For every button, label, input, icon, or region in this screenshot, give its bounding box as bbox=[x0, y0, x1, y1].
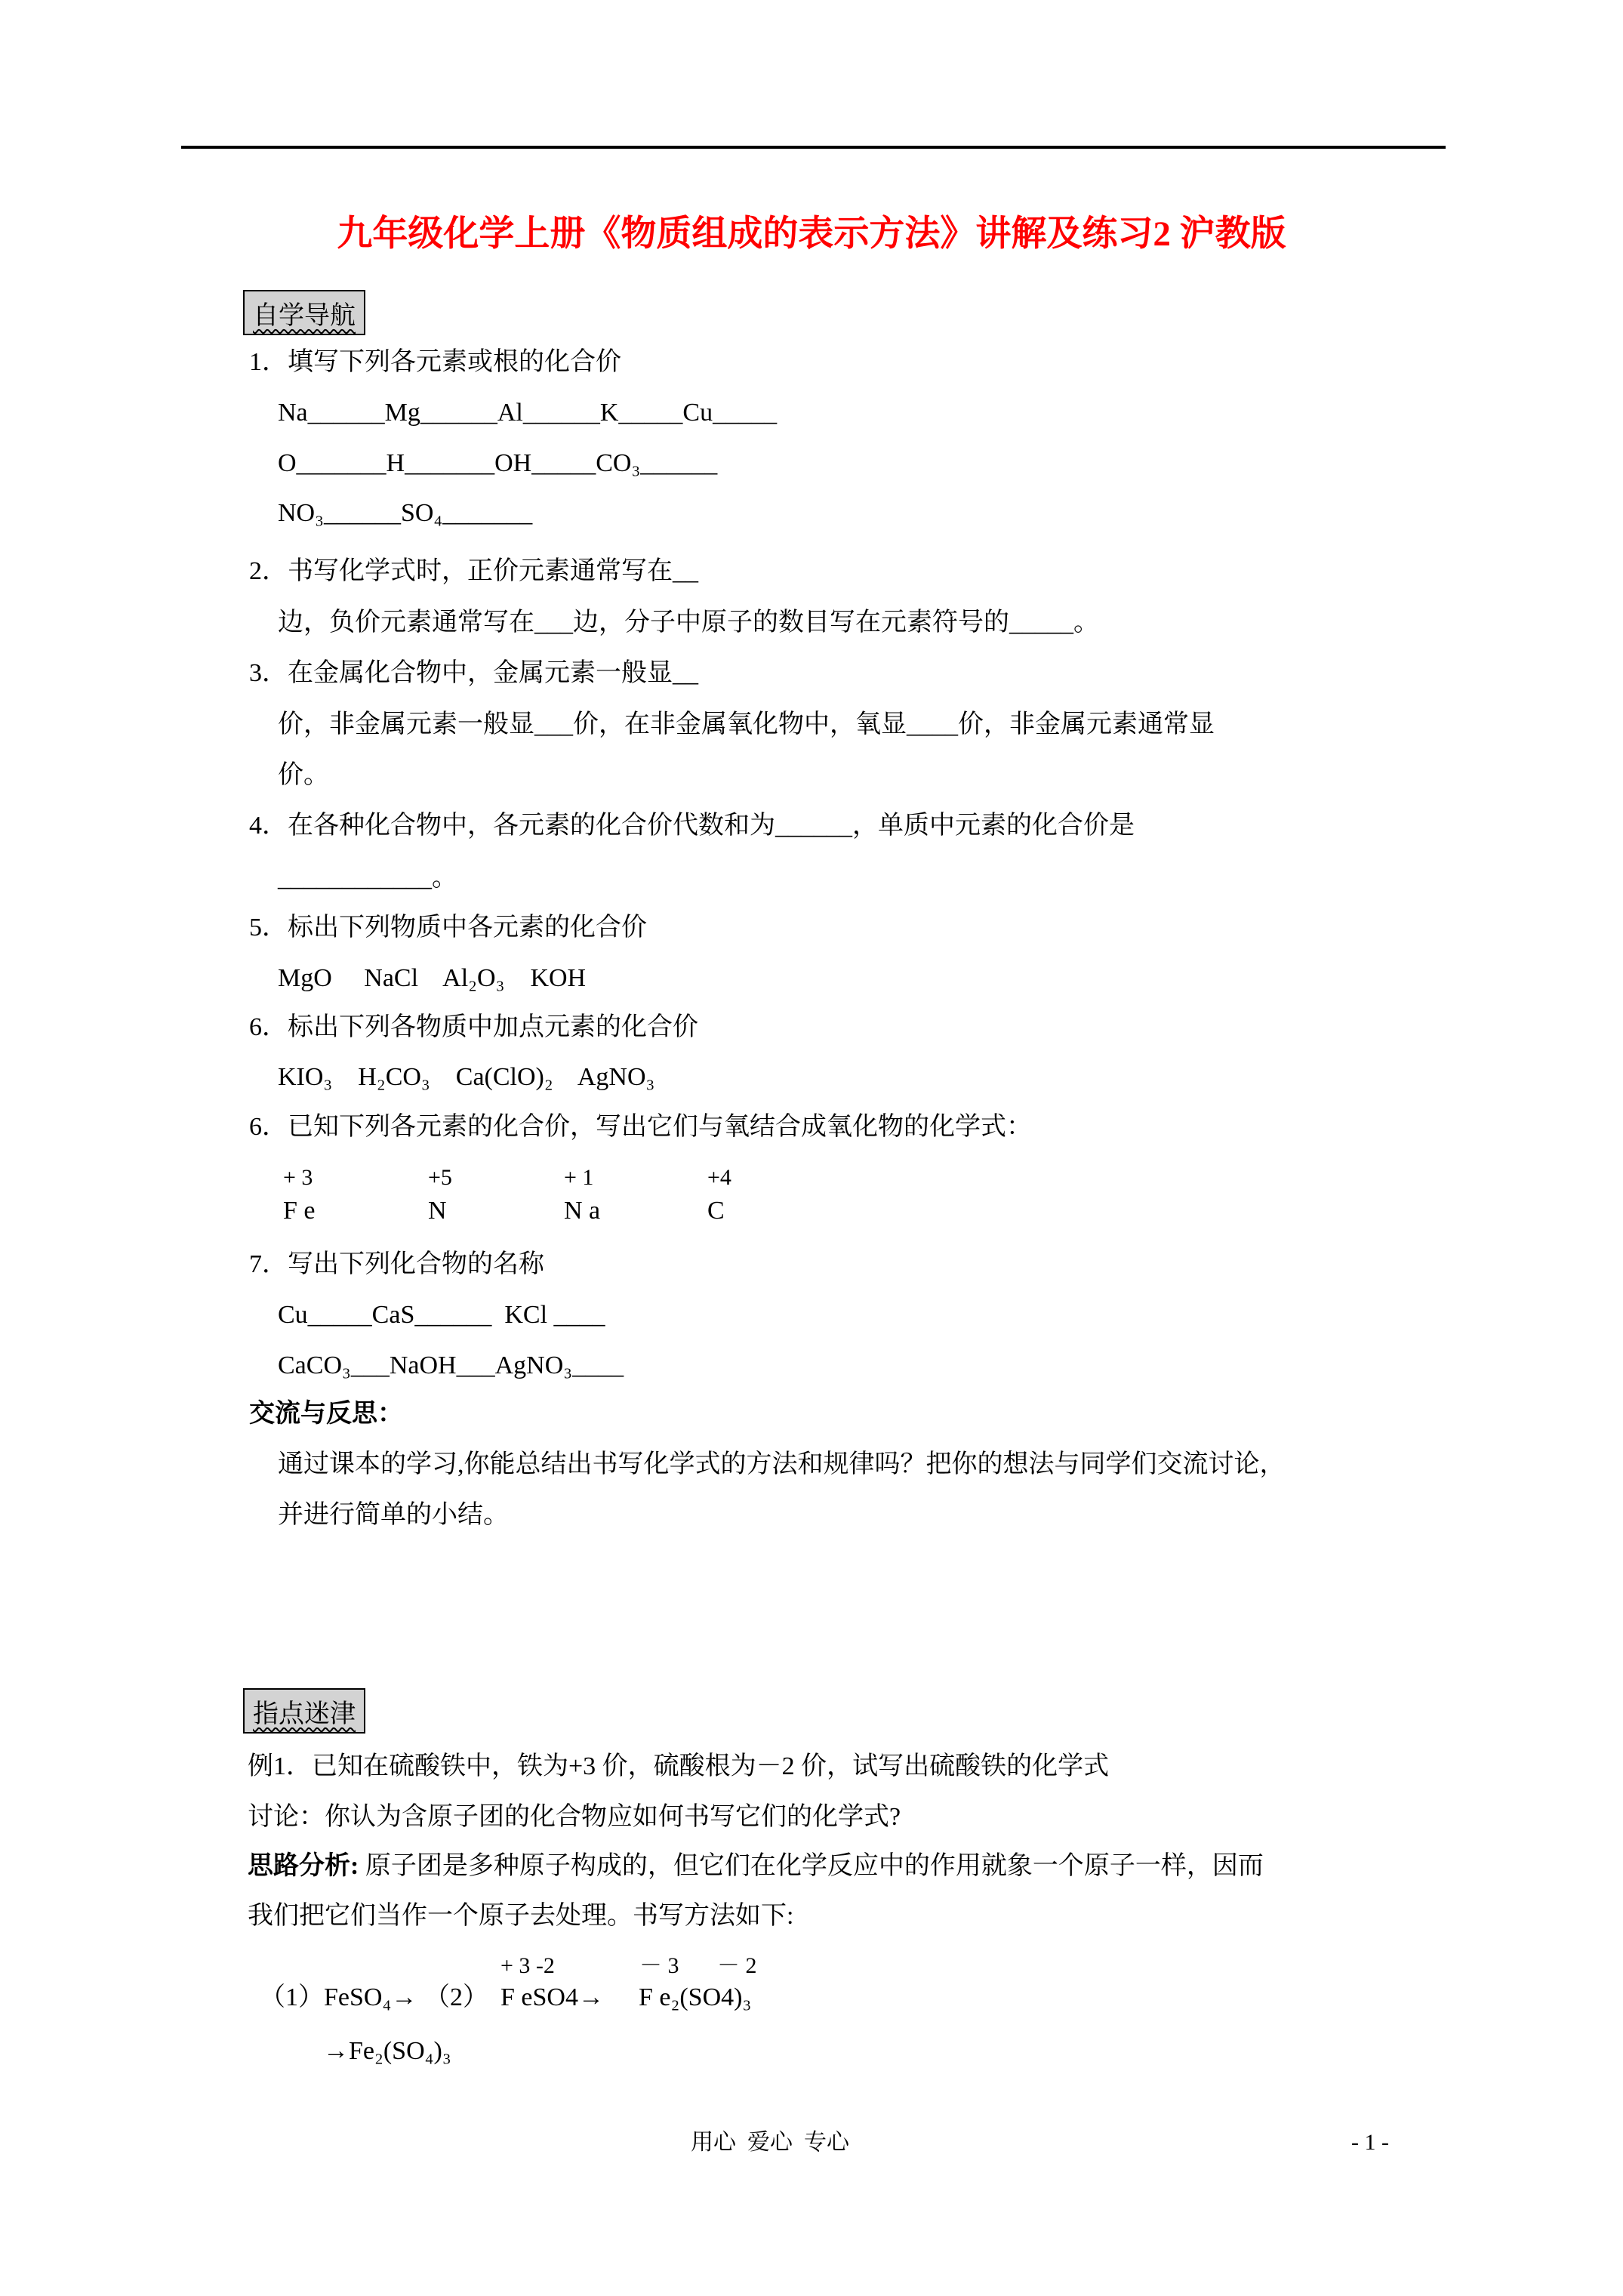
valence-mark-na: + 1 bbox=[564, 1164, 593, 1191]
reflect-line2: 并进行简单的小结。 bbox=[278, 1500, 509, 1531]
tips-analysis-line1: 思路分析: 原子团是多种原子构成的，但它们在化学反应中的作用就象一个原子一样，因… bbox=[248, 1851, 1264, 1882]
guide-item5: 5．标出下列物质中各元素的化合价 bbox=[249, 913, 647, 944]
formula-valence-mark2: － 3 bbox=[639, 1952, 679, 1980]
tips-discuss: 讨论：你认为含原子团的化合物应如何书写它们的化学式? bbox=[248, 1802, 901, 1833]
formula-valence-mark1: + 3 -2 bbox=[500, 1952, 555, 1980]
header-rule bbox=[181, 146, 1446, 149]
guide-item7: 7．写出下列化合物的名称 bbox=[249, 1250, 544, 1281]
guide-item3-line1: 3．在金属化合物中，金属元素一般显__ bbox=[249, 658, 698, 689]
reflect-heading: 交流与反思： bbox=[249, 1399, 403, 1430]
analysis-text: 原子团是多种原子构成的，但它们在化学反应中的作用就象一个原子一样，因而 bbox=[359, 1852, 1264, 1880]
element-c: C bbox=[707, 1196, 725, 1227]
reflect-line1: 通过课本的学习,你能总结出书写化学式的方法和规律吗？把你的想法与同学们交流讨论， bbox=[278, 1450, 1286, 1481]
analysis-label: 思路分析: bbox=[248, 1852, 359, 1880]
document-page: 九年级化学上册《物质组成的表示方法》讲解及练习2 沪教版 自学导航 1．填写下列… bbox=[0, 0, 1623, 2296]
page-number: - 1 - bbox=[1351, 2129, 1389, 2156]
tips-analysis-line2: 我们把它们当作一个原子去处理。书写方法如下: bbox=[248, 1901, 793, 1932]
guide-item1: 1．填写下列各元素或根的化合价 bbox=[249, 347, 621, 378]
tips-example: 例1．已知在硫酸铁中，铁为+3 价，硫酸根为－2 价，试写出硫酸铁的化学式 bbox=[248, 1752, 1109, 1783]
valence-mark-c: +4 bbox=[707, 1164, 731, 1191]
valence-mark-n: +5 bbox=[428, 1164, 452, 1191]
element-n: N bbox=[428, 1196, 447, 1227]
element-na: N a bbox=[564, 1196, 600, 1227]
guide-item2-line2: 边，负价元素通常写在___边，分子中原子的数目写在元素符号的_____。 bbox=[278, 608, 1099, 639]
formula-step2-label: （2） bbox=[424, 1983, 488, 2014]
guide-item6a: 6．标出下列各物质中加点元素的化合价 bbox=[249, 1012, 698, 1043]
section-label-self-study: 自学导航 bbox=[253, 294, 356, 331]
guide-item4-line1: 4．在各种化合物中，各元素的化合价代数和为______，单质中元素的化合价是 bbox=[249, 811, 1135, 842]
guide-item7-row1: Cu_____CaS______ KCl ____ bbox=[278, 1300, 605, 1331]
guide-item1-row3: NO₃______SO₄_______ bbox=[278, 498, 532, 529]
formula-step2-right: F e₂(SO4)₃ bbox=[639, 1983, 751, 2014]
guide-item4-line2: ____________。 bbox=[278, 863, 457, 894]
section-box-tips: 指点迷津 bbox=[243, 1688, 365, 1734]
section-box-self-study: 自学导航 bbox=[243, 290, 365, 335]
guide-item6a-formulas: KIO₃ H₂CO₃ Ca(ClO)₂ AgNO₃ bbox=[278, 1062, 654, 1093]
formula-valence-mark3: － 2 bbox=[717, 1952, 757, 1980]
guide-item1-row2: O_______H_______OH_____CO₃______ bbox=[278, 448, 717, 479]
page-title: 九年级化学上册《物质组成的表示方法》讲解及练习2 沪教版 bbox=[0, 205, 1623, 256]
guide-item1-row1: Na______Mg______Al______K_____Cu_____ bbox=[278, 398, 777, 429]
footer-motto: 用心 爱心 专心 bbox=[691, 2129, 849, 2156]
guide-item5-formulas: MgO NaCl Al₂O₃ KOH bbox=[278, 963, 586, 994]
formula-result: →Fe₂(SO₄)₃ bbox=[323, 2036, 451, 2067]
element-fe: F e bbox=[283, 1196, 316, 1227]
guide-item2-line1: 2．书写化学式时，正价元素通常写在__ bbox=[249, 556, 698, 587]
section-label-tips: 指点迷津 bbox=[253, 1693, 356, 1730]
guide-item3-line2: 价，非金属元素一般显___价，在非金属氧化物中，氧显____价，非金属元素通常显 bbox=[278, 710, 1215, 741]
valence-mark-fe: + 3 bbox=[283, 1164, 313, 1191]
guide-item3-line3: 价。 bbox=[278, 760, 329, 791]
formula-step2-mid: F eSO4→ bbox=[500, 1983, 604, 2014]
formula-step1: （1）FeSO₄→ bbox=[260, 1983, 417, 2014]
guide-item6b: 6．已知下列各元素的化合价，写出它们与氧结合成氧化物的化学式： bbox=[249, 1112, 1032, 1143]
guide-item7-row2: CaCO₃___NaOH___AgNO₃____ bbox=[278, 1351, 624, 1382]
